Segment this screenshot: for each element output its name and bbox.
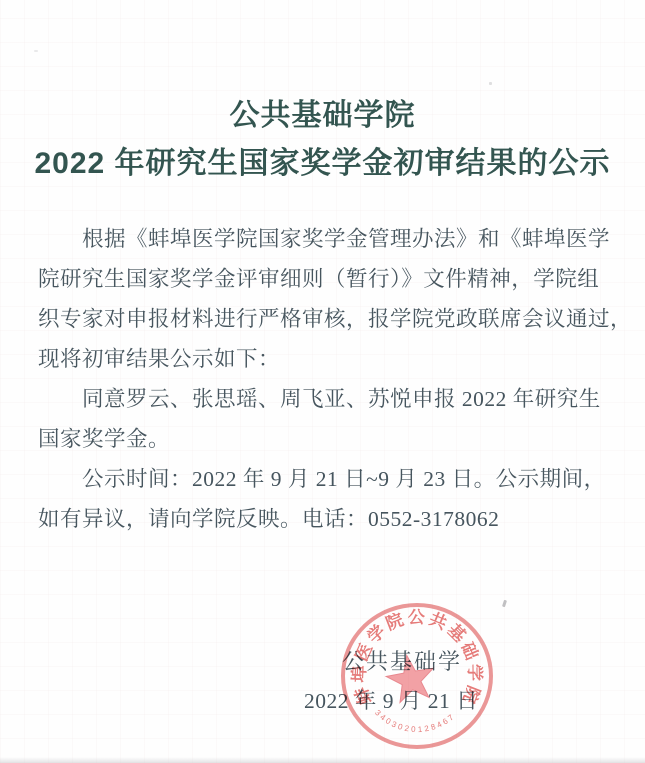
body-line-7: 公示时间：2022 年 9 月 21 日~9 月 23 日。公示期间， xyxy=(38,459,616,499)
seal-star-icon xyxy=(386,655,433,702)
body-line-3: 织专家对申报材料进行严格审核，报学院党政联席会议通过， xyxy=(38,299,616,339)
official-seal-stamp: 蚌埠医学院公共基础学院 3403020128467 xyxy=(337,591,497,759)
seal-serial-number: 3403020128467 xyxy=(373,708,457,734)
document-body: 根据《蚌埠医学院国家奖学金管理办法》和《蚌埠医学 院研究生国家奖学金评审细则（暂… xyxy=(38,219,616,539)
announcement-document: 公共基础学院 2022 年研究生国家奖学金初审结果的公示 根据《蚌埠医学院国家奖… xyxy=(0,0,645,763)
document-title-line2: 2022 年研究生国家奖学金初审结果的公示 xyxy=(0,138,645,182)
scan-artifact xyxy=(489,82,492,85)
scan-edge-shadow xyxy=(0,757,645,763)
body-line-1: 根据《蚌埠医学院国家奖学金管理办法》和《蚌埠医学 xyxy=(38,219,616,259)
scan-artifact xyxy=(34,50,38,52)
body-line-5: 同意罗云、张思瑶、周飞亚、苏悦申报 2022 年研究生 xyxy=(38,379,616,419)
body-line-2: 院研究生国家奖学金评审细则（暂行）》文件精神，学院组 xyxy=(38,259,616,299)
body-line-4: 现将初审结果公示如下： xyxy=(38,339,616,379)
body-line-6: 国家奖学金。 xyxy=(38,419,616,459)
scan-artifact xyxy=(502,600,507,608)
body-line-8: 如有异议，请向学院反映。电话：0552-3178062 xyxy=(38,499,616,539)
document-title-line1: 公共基础学院 xyxy=(0,90,645,134)
